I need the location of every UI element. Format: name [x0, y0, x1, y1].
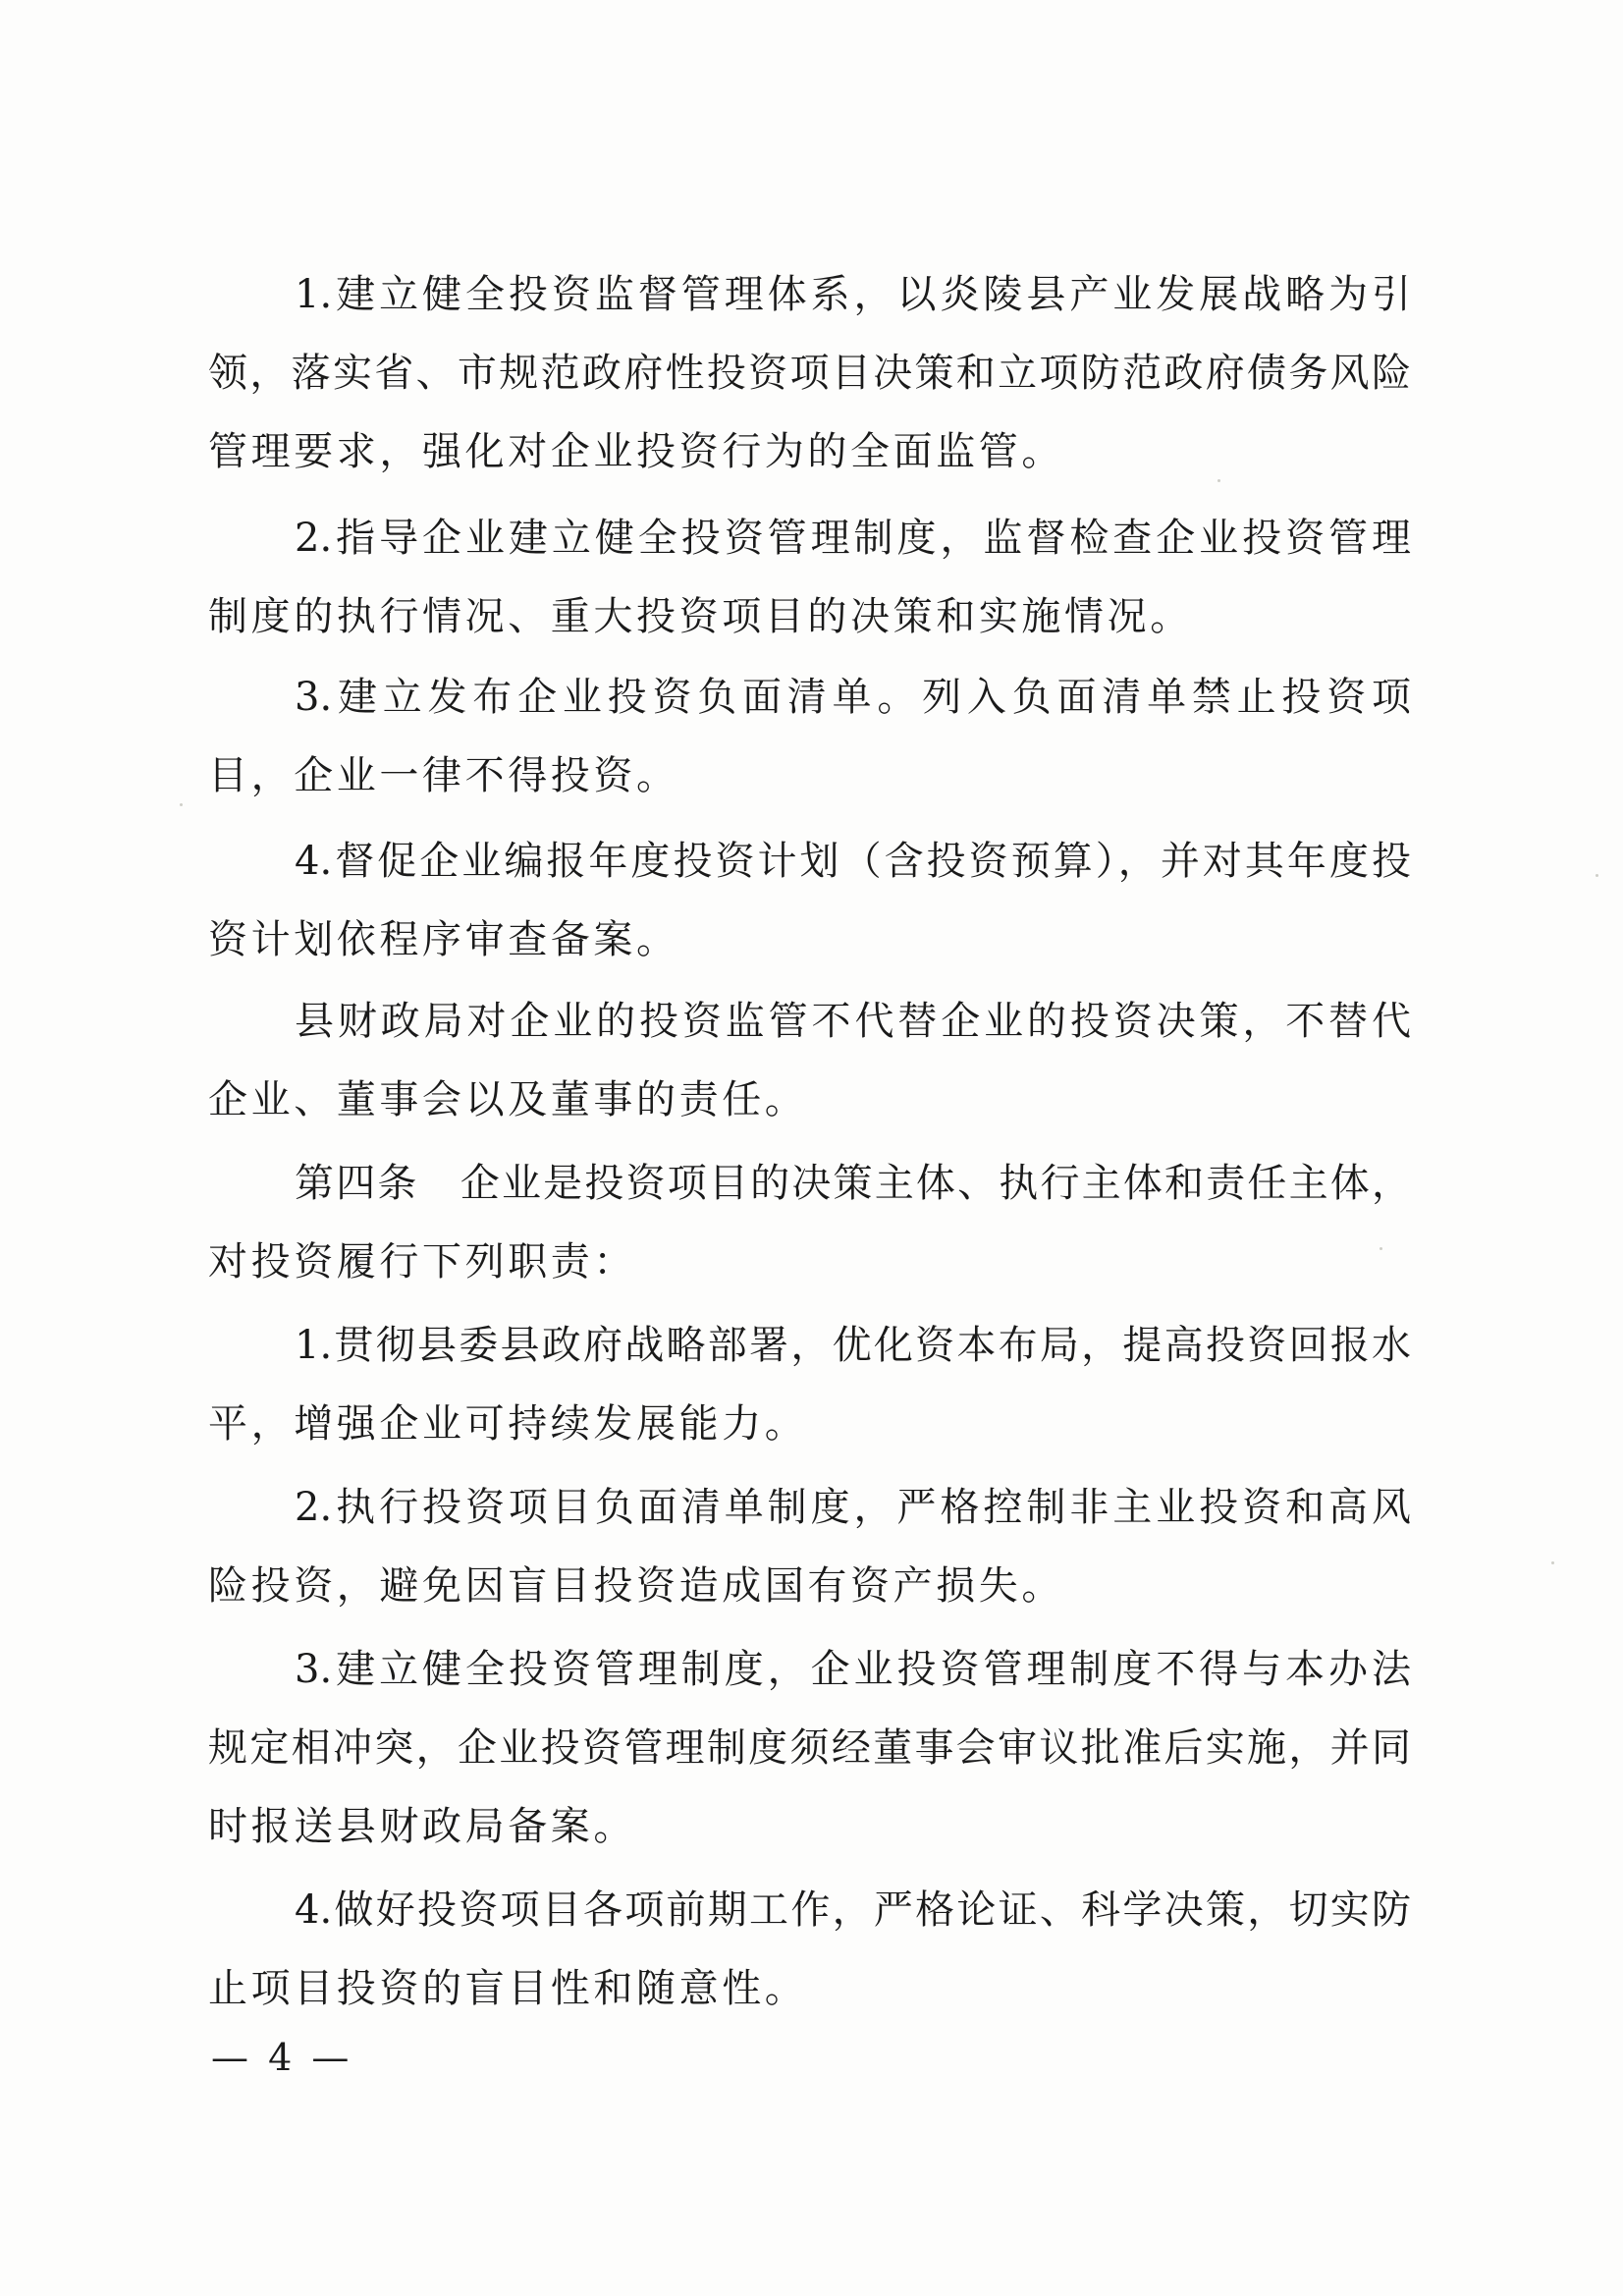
- text-line: 平，增强企业可持续发展能力。: [208, 1394, 1411, 1453]
- scan-speck: [1596, 874, 1598, 877]
- text-line: 1.建立健全投资监督管理体系，以炎陵县产业发展战略为引: [295, 265, 1411, 324]
- text-line: 险投资，避免因盲目投资造成国有资产损失。: [208, 1557, 1411, 1615]
- text-line: 4.做好投资项目各项前期工作，严格论证、科学决策，切实防: [295, 1881, 1411, 1940]
- text-line: 时报送县财政局备案。: [208, 1797, 1411, 1856]
- text-line: 制度的执行情况、重大投资项目的决策和实施情况。: [208, 587, 1411, 646]
- text-line: 1.贯彻县委县政府战略部署，优化资本布局，提高投资回报水: [295, 1316, 1411, 1375]
- text-line: 县财政局对企业的投资监管不代替企业的投资决策，不替代: [295, 992, 1411, 1051]
- text-line: 目，企业一律不得投资。: [208, 746, 1411, 805]
- scan-speck: [1380, 1247, 1382, 1250]
- article-heading-line: 第四条 企业是投资项目的决策主体、执行主体和责任主体，: [295, 1154, 1411, 1213]
- text-line: 2.执行投资项目负面清单制度，严格控制非主业投资和高风: [295, 1478, 1411, 1537]
- text-line: 止项目投资的盲目性和随意性。: [208, 1959, 1411, 2018]
- text-line: 3.建立健全投资管理制度，企业投资管理制度不得与本办法: [295, 1640, 1411, 1699]
- text-line: 4.督促企业编报年度投资计划（含投资预算），并对其年度投: [295, 832, 1411, 891]
- scan-speck: [1217, 479, 1220, 482]
- text-line: 3.建立发布企业投资负面清单。列入负面清单禁止投资项: [295, 668, 1411, 727]
- scan-speck: [1551, 1561, 1554, 1564]
- text-line: 企业、董事会以及董事的责任。: [208, 1070, 1411, 1129]
- text-line: 管理要求，强化对企业投资行为的全面监管。: [208, 422, 1411, 481]
- text-line: 领，落实省、市规范政府性投资项目决策和立项防范政府债务风险: [208, 344, 1411, 403]
- page-number: — 4 —: [211, 2033, 352, 2082]
- text-line: 2.指导企业建立健全投资管理制度，监督检查企业投资管理: [295, 509, 1411, 568]
- text-line: 资计划依程序审查备案。: [208, 910, 1411, 969]
- text-line: 对投资履行下列职责：: [208, 1232, 1411, 1291]
- document-page: 1.建立健全投资监督管理体系，以炎陵县产业发展战略为引 领，落实省、市规范政府性…: [0, 0, 1623, 2296]
- scan-speck: [180, 803, 183, 806]
- text-line: 规定相冲突，企业投资管理制度须经董事会审议批准后实施，并同: [208, 1719, 1411, 1777]
